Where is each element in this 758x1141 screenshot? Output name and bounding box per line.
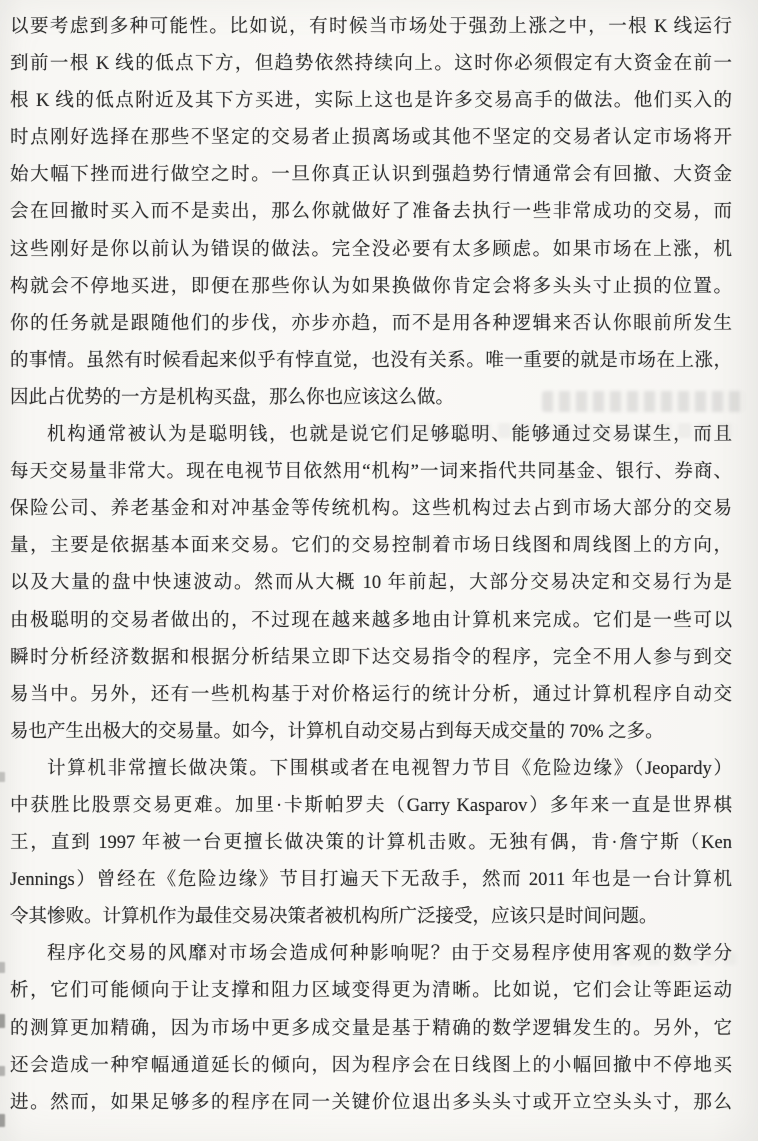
body-text-block: 以要考虑到多种可能性。比如说，有时候当市场处于强劲上涨之中，一根 K 线运行 到… <box>10 9 732 1122</box>
text-line-paragraph-end: 因此占优势的一方是机构买盘，那么你也应该这么做。 <box>10 380 732 417</box>
text-line: 量，主要是依据基本面来交易。它们的交易控制着市场日线图和周线图上的方向， <box>10 528 732 565</box>
text-line: 析，它们可能倾向于让支撑和阻力区域变得更为清晰。比如说，它们会让等距运动 <box>10 973 732 1010</box>
text-line: 还会造成一种窄幅通道延长的倾向，因为程序会在日线图上的小幅回撤中不停地买 <box>10 1048 732 1085</box>
text-line: 会在回撤时买入而不是卖出，那么你就做好了准备去执行一些非常成功的交易，而 <box>10 194 732 231</box>
scan-edge-artifact <box>0 962 5 973</box>
text-line-paragraph-start: 程序化交易的风靡对市场会造成何种影响呢？由于交易程序使用客观的数学分 <box>10 936 732 973</box>
text-line: 根 K 线的低点附近及其下方买进，实际上这也是许多交易高手的做法。他们买入的 <box>10 83 732 120</box>
text-line: 易当中。另外，还有一些机构基于对价格运行的统计分析，通过计算机程序自动交 <box>10 677 732 714</box>
text-line: 的事情。虽然有时候看起来似乎有悖直觉，也没有关系。唯一重要的就是市场在上涨， <box>10 343 732 380</box>
text-line-paragraph-start: 机构通常被认为是聪明钱，也就是说它们足够聪明、能够通过交易谋生，而且 <box>10 417 732 454</box>
text-line: 王，直到 1997 年被一台更擅长做决策的计算机击败。无独有偶，肯·詹宁斯（Ke… <box>10 825 732 862</box>
scan-edge-artifact <box>0 1114 5 1127</box>
text-line-paragraph-end: 易也产生出极大的交易量。如今，计算机自动交易占到每天成交量的 70% 之多。 <box>10 714 732 751</box>
text-line: 的测算更加精确，因为市场中更多成交量是基于精确的数学逻辑发生的。另外，它 <box>10 1011 732 1048</box>
text-line: 以及大量的盘中快速波动。然而从大概 10 年前起，大部分交易决定和交易行为是 <box>10 565 732 602</box>
text-line: Jennings）曾经在《危险边缘》节目打遍天下无敌手，然而 2011 年也是一… <box>10 862 732 899</box>
text-line-paragraph-end: 令其惨败。计算机作为最佳交易决策者被机构所广泛接受，应该只是时间问题。 <box>10 899 732 936</box>
text-line: 每天交易量非常大。现在电视节目依然用“机构”一词来指代共同基金、银行、券商、 <box>10 454 732 491</box>
scan-edge-artifact <box>0 1066 5 1076</box>
text-line: 时点刚好选择在那些不坚定的交易者止损离场或其他不坚定的交易者认定市场将开 <box>10 120 732 157</box>
text-line: 中获胜比股票交易更难。加里·卡斯帕罗夫（Garry Kasparov）多年来一直… <box>10 788 732 825</box>
text-line: 始大幅下挫而进行做空之时。一旦你真正认识到强趋势行情通常会有回撤、大资金 <box>10 157 732 194</box>
text-line: 到前一根 K 线的低点下方，但趋势依然持续向上。这时你必须假定有大资金在前一 <box>10 46 732 83</box>
text-line: 由极聪明的交易者做出的，不过现在越来越多地由计算机来完成。它们是一些可以 <box>10 603 732 640</box>
text-line: 瞬时分析经济数据和根据分析结果立即下达交易指令的程序，完全不用人参与到交 <box>10 640 732 677</box>
text-line: 保险公司、养老基金和对冲基金等传统机构。这些机构过去占到市场大部分的交易 <box>10 491 732 528</box>
text-line: 进。然而，如果足够多的程序在同一关键价位退出多头头寸或开立空头头寸，那么 <box>10 1085 732 1122</box>
scan-edge-artifact <box>0 772 5 782</box>
text-line: 构就会不停地买进，即便在那些你认为如果换做你肯定会将多头头寸止损的位置。 <box>10 269 732 306</box>
text-line-paragraph-start: 计算机非常擅长做决策。下围棋或者在电视智力节目《危险边缘》（Jeopardy） <box>10 751 732 788</box>
text-line: 以要考虑到多种可能性。比如说，有时候当市场处于强劲上涨之中，一根 K 线运行 <box>10 9 732 46</box>
scan-edge-artifact <box>0 1014 5 1028</box>
text-line: 这些刚好是你以前认为错误的做法。完全没必要有太多顾虑。如果市场在上涨，机 <box>10 232 732 269</box>
text-line: 你的任务就是跟随他们的步伐，亦步亦趋，而不是用各种逻辑来否认你眼前所发生 <box>10 306 732 343</box>
scanned-book-page: 以要考虑到多种可能性。比如说，有时候当市场处于强劲上涨之中，一根 K 线运行 到… <box>0 0 758 1141</box>
